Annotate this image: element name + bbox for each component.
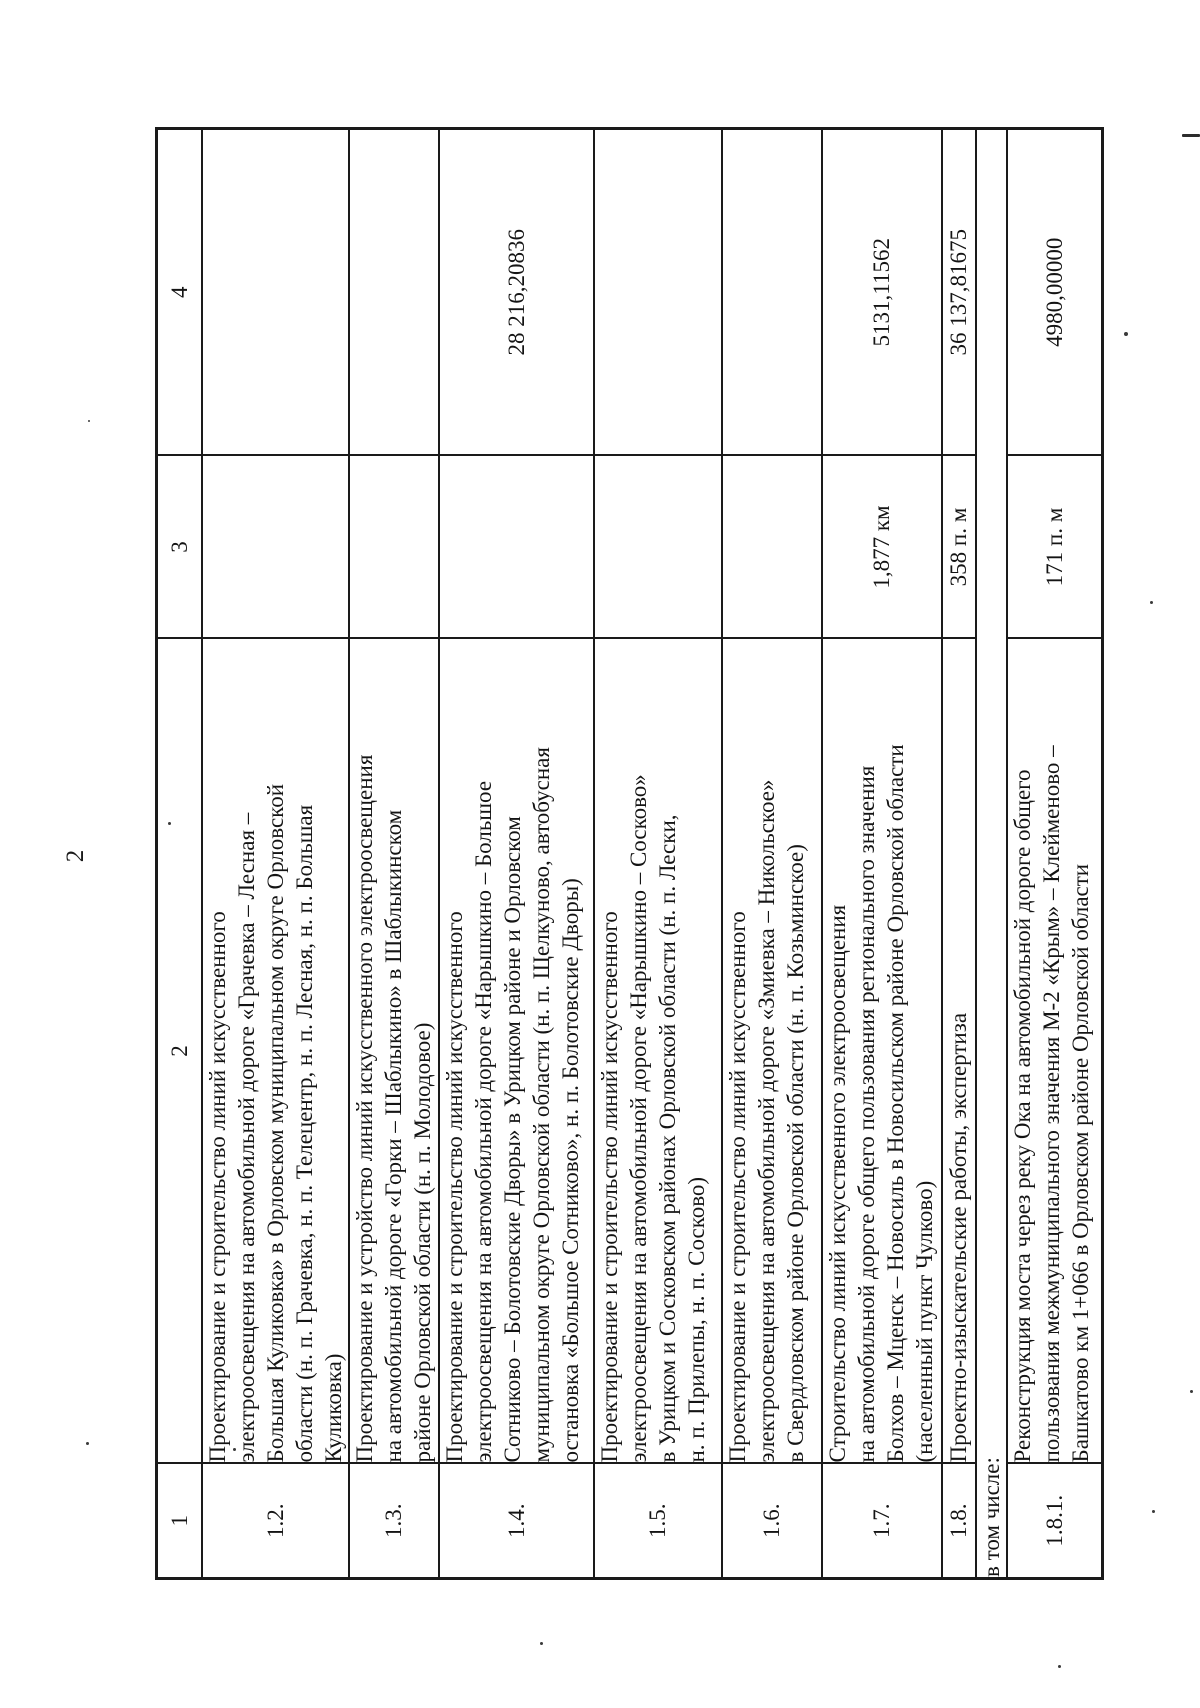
rotated-page-canvas: 2 1 2 3 4 1.2. Проектирование и строител… xyxy=(0,0,1200,1708)
table-row-1-8: 1.8. Проектно-изыскательские работы, экс… xyxy=(942,129,976,1579)
volume-cell: 358 п. м xyxy=(942,456,976,639)
row-number-cell: 1.3. xyxy=(349,1464,439,1579)
table-row-1-8-1: 1.8.1. Реконструкция моста через реку Ок… xyxy=(1007,129,1103,1579)
work-name-cell: Проектно-изыскательские работы, эксперти… xyxy=(942,639,976,1464)
volume-cell xyxy=(722,456,822,639)
scan-speck xyxy=(540,1642,543,1645)
table-row-1-6: 1.6. Проектирование и строительство лини… xyxy=(722,129,822,1579)
volume-cell: 1,877 км xyxy=(822,456,942,639)
row-number-cell: 1.2. xyxy=(202,1464,349,1579)
scan-speck xyxy=(88,420,90,422)
table-row-1-2: 1.2. Проектирование и строительство лини… xyxy=(202,129,349,1579)
row-number-cell: 1.4. xyxy=(439,1464,594,1579)
scan-speck xyxy=(1150,601,1153,604)
scan-speck xyxy=(1124,332,1128,336)
row-number-cell: 1.5. xyxy=(594,1464,722,1579)
volume-cell xyxy=(594,456,722,639)
column-header-2: 2 xyxy=(157,639,202,1464)
row-number-cell: 1.8. xyxy=(942,1464,976,1579)
table-row-1-7: 1.7. Строительство линий искусственного … xyxy=(822,129,942,1579)
table-header-row: 1 2 3 4 xyxy=(157,129,202,1579)
scan-speck xyxy=(233,1448,236,1451)
page-number: 2 xyxy=(62,816,90,896)
volume-cell: 171 п. м xyxy=(1007,456,1103,639)
row-number-cell: 1.8.1. xyxy=(1007,1464,1103,1579)
cost-cell: 28 216,20836 xyxy=(439,129,594,456)
table-row-subtotal: в том числе: xyxy=(976,129,1007,1579)
cost-cell xyxy=(202,129,349,456)
scan-speck xyxy=(168,822,171,825)
work-name-cell: Проектирование и строительство линий иск… xyxy=(594,639,722,1464)
work-name-cell: Проектирование и строительство линий иск… xyxy=(202,639,349,1464)
works-table: 1 2 3 4 1.2. Проектирование и строительс… xyxy=(155,127,1104,1580)
cost-cell xyxy=(594,129,722,456)
cost-cell xyxy=(349,129,439,456)
volume-cell xyxy=(202,456,349,639)
column-header-4: 4 xyxy=(157,129,202,456)
cost-cell: 5131,11562 xyxy=(822,129,942,456)
volume-cell xyxy=(439,456,594,639)
row-number-cell: 1.7. xyxy=(822,1464,942,1579)
cost-cell xyxy=(722,129,822,456)
scan-speck xyxy=(1152,1510,1155,1513)
column-header-1: 1 xyxy=(157,1464,202,1579)
cost-cell: 36 137,81675 xyxy=(942,129,976,456)
table-row-1-3: 1.3. Проектирование и устройство линий и… xyxy=(349,129,439,1579)
scan-speck xyxy=(1190,1390,1193,1393)
table-row-1-4: 1.4. Проектирование и строительство лини… xyxy=(439,129,594,1579)
scan-speck xyxy=(86,1442,89,1445)
column-header-3: 3 xyxy=(157,456,202,639)
scan-speck xyxy=(1058,1665,1061,1668)
work-name-cell: Проектирование и строительство линий иск… xyxy=(722,639,822,1464)
volume-cell xyxy=(349,456,439,639)
table-row-1-5: 1.5. Проектирование и строительство лини… xyxy=(594,129,722,1579)
work-name-cell: Реконструкция моста через реку Ока на ав… xyxy=(1007,639,1103,1464)
scan-edge-mark xyxy=(1182,134,1200,137)
work-name-cell: Строительство линий искусственного элект… xyxy=(822,639,942,1464)
row-number-cell: 1.6. xyxy=(722,1464,822,1579)
cost-cell: 4980,00000 xyxy=(1007,129,1103,456)
work-name-cell: Проектирование и строительство линий иск… xyxy=(439,639,594,1464)
work-name-cell: Проектирование и устройство линий искусс… xyxy=(349,639,439,1464)
subtotal-label-cell: в том числе: xyxy=(976,129,1007,1579)
